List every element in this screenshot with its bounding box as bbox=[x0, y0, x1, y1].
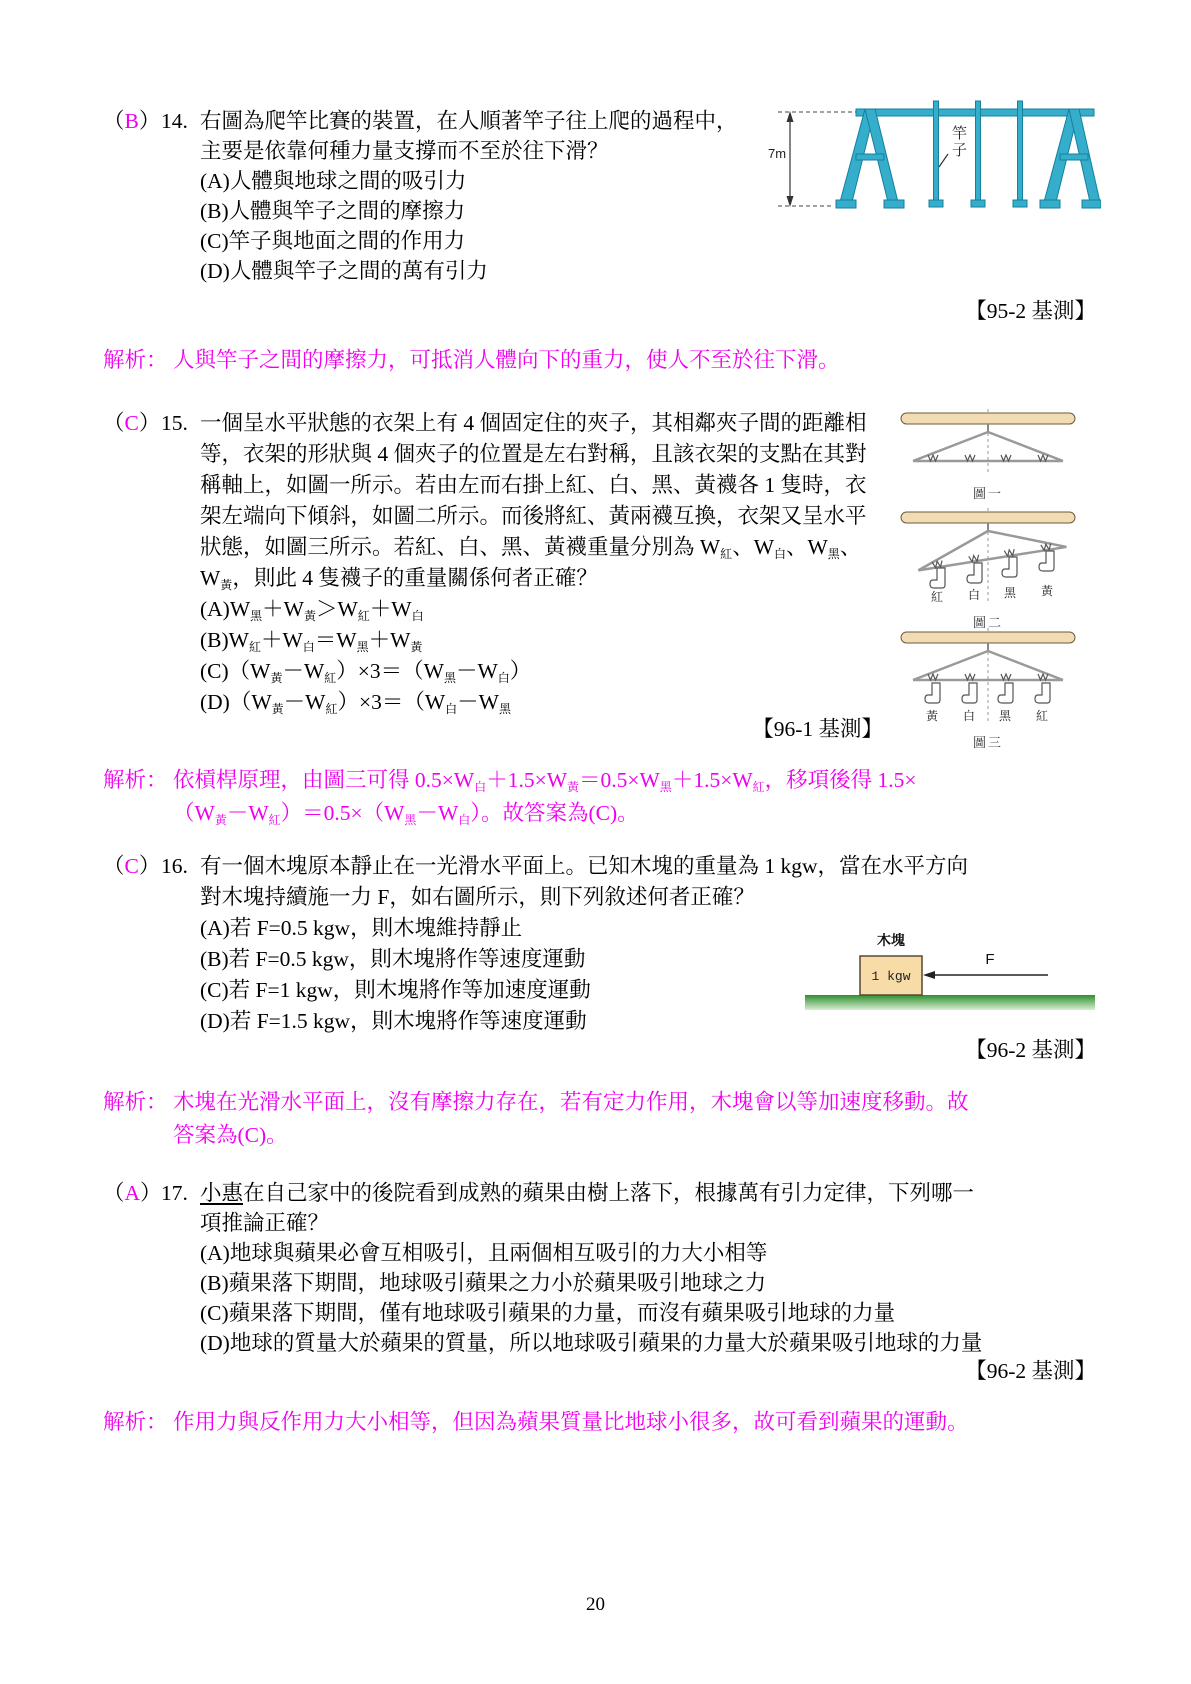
sock-label: 黑 bbox=[1004, 586, 1017, 600]
stem-line: 狀態，如圖三所示。若紅、白、黑、黃襪重量分別為 W紅、W白、W黑、 bbox=[200, 532, 903, 563]
analysis-label: 解析： bbox=[103, 764, 173, 830]
analysis-line: 木塊在光滑水平面上，沒有摩擦力存在，若有定力作用，木塊會以等加速度移動。故 bbox=[173, 1086, 969, 1119]
answer-paren-close: ） bbox=[139, 411, 161, 435]
option-d: (D)地球的質量大於蘋果的質量，所以地球吸引蘋果的力量大於蘋果吸引地球的力量 bbox=[200, 1328, 1053, 1358]
sock-label: 黃 bbox=[1041, 583, 1054, 598]
question-number: 14. bbox=[161, 106, 200, 136]
answer-badge: （A） bbox=[103, 1178, 161, 1208]
question-number: 17. bbox=[161, 1178, 200, 1208]
block-drawing: 木塊 1 kgw F bbox=[805, 933, 1100, 1018]
hanger-drawing-2: 紅 白 黑 黃 bbox=[893, 508, 1083, 604]
analysis-label: 解析： bbox=[103, 1086, 173, 1152]
sock-label: 白 bbox=[963, 709, 975, 723]
hanger-drawing-3: 黃 白 黑 紅 bbox=[893, 628, 1083, 724]
question-head: （C）15.一個呈水平狀態的衣架上有 4 個固定住的夾子，其相鄰夾子間的距離相 bbox=[103, 408, 903, 439]
answer-paren-open: （ bbox=[103, 411, 125, 435]
question-14: （B）14.右圖為爬竿比賽的裝置，在人順著竿子往上爬的過程中， 主要是依靠何種力… bbox=[103, 106, 803, 286]
frame-structure bbox=[836, 101, 1101, 208]
sock-icon bbox=[1002, 557, 1017, 577]
sock-label: 紅 bbox=[1036, 709, 1048, 723]
option-c: (C)蘋果落下期間，僅有地球吸引蘋果的力量，而沒有蘋果吸引地球的力量 bbox=[200, 1298, 1053, 1328]
block-weight: 1 kgw bbox=[871, 969, 910, 984]
pole bbox=[934, 101, 939, 202]
analysis-body: 作用力與反作用力大小相等，但因為蘋果質量比地球小很多，故可看到蘋果的運動。 bbox=[173, 1406, 969, 1439]
sock-icon bbox=[998, 683, 1013, 703]
stem-line: 小惠在自己家中的後院看到成熟的蘋果由樹上落下，根據萬有引力定律，下列哪一 bbox=[200, 1181, 974, 1205]
answer-badge: （C） bbox=[103, 408, 161, 439]
option-b: (B)蘋果落下期間，地球吸引蘋果之力小於蘋果吸引地球之力 bbox=[200, 1268, 1053, 1298]
page-number: 20 bbox=[0, 1594, 1191, 1616]
figure-block-on-surface: 木塊 1 kgw F bbox=[805, 933, 1100, 1018]
analysis-label: 解析： bbox=[103, 1406, 173, 1439]
stem-line: W黃，則此 4 隻襪子的重量關係何者正確？ bbox=[200, 563, 903, 594]
stem-line: 等，衣架的形狀與 4 個夾子的位置是左右對稱，且該衣架的支點在其對 bbox=[200, 439, 903, 470]
analysis-line: 作用力與反作用力大小相等，但因為蘋果質量比地球小很多，故可看到蘋果的運動。 bbox=[173, 1406, 969, 1439]
stem-line: 項推論正確？ bbox=[200, 1208, 1053, 1238]
sock-icon bbox=[962, 683, 977, 703]
analysis-line: （W黃－W紅）＝0.5×（W黑－W白）。故答案為(C)。 bbox=[173, 797, 917, 830]
block-label: 木塊 bbox=[877, 933, 905, 948]
sock-icon bbox=[967, 563, 982, 583]
analysis-line: 依槓桿原理，由圖三可得 0.5×W白＋1.5×W黃＝0.5×W黑＋1.5×W紅，… bbox=[173, 764, 917, 797]
analysis-16: 解析： 木塊在光滑水平面上，沒有摩擦力存在，若有定力作用，木塊會以等加速度移動。… bbox=[103, 1086, 1123, 1152]
sock-labels: 紅 白 黑 黃 bbox=[931, 583, 1054, 604]
rod bbox=[901, 632, 1075, 643]
source-tag-16: 【96-2 基測】 bbox=[103, 1037, 1096, 1063]
answer-paren-close: ） bbox=[139, 854, 161, 878]
stem-line: 架左端向下傾斜，如圖二所示。而後將紅、黃兩襪互換，衣架又呈水平 bbox=[200, 501, 903, 532]
sock-labels: 黃 白 黑 紅 bbox=[926, 708, 1048, 723]
question-17: （A）17.小惠在自己家中的後院看到成熟的蘋果由樹上落下，根據萬有引力定律，下列… bbox=[103, 1178, 1053, 1358]
analysis-body: 依槓桿原理，由圖三可得 0.5×W白＋1.5×W黃＝0.5×W黑＋1.5×W紅，… bbox=[173, 764, 917, 830]
answer-letter: C bbox=[125, 411, 139, 435]
option-b: (B)W紅＋W白＝W黑＋W黃 bbox=[200, 625, 903, 656]
sock-label: 白 bbox=[968, 588, 980, 602]
figure-hanger-3: 黃 白 黑 紅 圖三 bbox=[893, 628, 1083, 751]
dimension-label-7m: 7m bbox=[768, 146, 786, 161]
question-number: 16. bbox=[161, 851, 200, 882]
figure-hanger-2: 紅 白 黑 黃 圖二 bbox=[893, 508, 1083, 631]
stem-line: 一個呈水平狀態的衣架上有 4 個固定住的夾子，其相鄰夾子間的距離相 bbox=[200, 411, 867, 435]
sock-icon bbox=[930, 568, 945, 588]
answer-letter: C bbox=[125, 854, 139, 878]
sock-label: 黃 bbox=[926, 708, 939, 723]
exam-page: { "labels": { "answer_open": "（", "answe… bbox=[0, 0, 1191, 1684]
question-head: （A）17.小惠在自己家中的後院看到成熟的蘋果由樹上落下，根據萬有引力定律，下列… bbox=[103, 1178, 1053, 1208]
analysis-17: 解析： 作用力與反作用力大小相等，但因為蘋果質量比地球小很多，故可看到蘋果的運動… bbox=[103, 1406, 1123, 1439]
sock-icon bbox=[1039, 551, 1054, 571]
answer-paren-open: （ bbox=[103, 854, 125, 878]
question-15: （C）15.一個呈水平狀態的衣架上有 4 個固定住的夾子，其相鄰夾子間的距離相 … bbox=[103, 408, 903, 718]
stem-line: 主要是依靠何種力量支撐而不至於往下滑？ bbox=[200, 136, 803, 166]
ground bbox=[805, 995, 1095, 1010]
pole bbox=[1018, 101, 1023, 202]
answer-badge: （C） bbox=[103, 851, 161, 882]
sock-icon bbox=[1035, 683, 1050, 703]
option-d: (D)（W黃－W紅）×3＝（W白－W黑 bbox=[200, 687, 903, 718]
option-c: (C)竿子與地面之間的作用力 bbox=[200, 226, 803, 256]
option-b: (B)人體與竿子之間的摩擦力 bbox=[200, 196, 803, 226]
source-tag-17: 【96-2 基測】 bbox=[103, 1358, 1096, 1384]
option-a: (A)人體與地球之間的吸引力 bbox=[200, 166, 803, 196]
rod bbox=[901, 413, 1075, 424]
analysis-body: 人與竿子之間的摩擦力，可抵消人體向下的重力，使人不至於往下滑。 bbox=[173, 344, 840, 377]
source-tag-14: 【95-2 基測】 bbox=[103, 298, 1096, 324]
rod bbox=[901, 512, 1075, 523]
figure-caption: 圖一 bbox=[893, 483, 1083, 502]
sock-label: 紅 bbox=[931, 590, 943, 604]
question-number: 15. bbox=[161, 408, 200, 439]
stem-line: 右圖為爬竿比賽的裝置，在人順著竿子往上爬的過程中， bbox=[200, 109, 738, 133]
question-head: （B）14.右圖為爬竿比賽的裝置，在人順著竿子往上爬的過程中， bbox=[103, 106, 803, 136]
stem-line: 對木塊持續施一力 F，如右圖所示，則下列敘述何者正確？ bbox=[200, 882, 1043, 913]
answer-paren-open: （ bbox=[103, 1181, 125, 1205]
analysis-body: 木塊在光滑水平面上，沒有摩擦力存在，若有定力作用，木塊會以等加速度移動。故 答案… bbox=[173, 1086, 969, 1152]
stem-line: 稱軸上，如圖一所示。若由左而右掛上紅、白、黑、黃襪各 1 隻時，衣 bbox=[200, 470, 903, 501]
force-label: F bbox=[985, 951, 994, 968]
answer-paren-open: （ bbox=[103, 109, 125, 133]
answer-letter: B bbox=[125, 109, 139, 133]
source-tag-15: 【96-1 基測】 bbox=[103, 716, 883, 742]
option-d: (D)人體與竿子之間的萬有引力 bbox=[200, 256, 803, 286]
pole bbox=[976, 101, 981, 202]
analysis-14: 解析： 人與竿子之間的摩擦力，可抵消人體向下的重力，使人不至於往下滑。 bbox=[103, 344, 1123, 377]
answer-paren-close: ） bbox=[140, 1181, 162, 1205]
analysis-15: 解析： 依槓桿原理，由圖三可得 0.5×W白＋1.5×W黃＝0.5×W黑＋1.5… bbox=[103, 764, 1123, 830]
sock-icon bbox=[925, 683, 940, 703]
hanger-drawing-1 bbox=[893, 409, 1083, 475]
answer-badge: （B） bbox=[103, 106, 161, 136]
climbing-frame-drawing bbox=[766, 96, 1101, 218]
answer-letter: A bbox=[125, 1181, 141, 1205]
option-a: (A)地球與蘋果必會互相吸引，且兩個相互吸引的力大小相等 bbox=[200, 1238, 1053, 1268]
analysis-line: 人與竿子之間的摩擦力，可抵消人體向下的重力，使人不至於往下滑。 bbox=[173, 344, 840, 377]
analysis-label: 解析： bbox=[103, 344, 173, 377]
option-a: (A)W黑＋W黃＞W紅＋W白 bbox=[200, 594, 903, 625]
figure-caption: 圖三 bbox=[893, 732, 1083, 751]
question-head: （C）16.有一個木塊原本靜止在一光滑水平面上。已知木塊的重量為 1 kgw，當… bbox=[103, 851, 1043, 882]
figure-climbing-frame: 7m 竿子 bbox=[766, 96, 1101, 218]
answer-paren-close: ） bbox=[139, 109, 161, 133]
stem-line: 有一個木塊原本靜止在一光滑水平面上。已知木塊的重量為 1 kgw，當在水平方向 bbox=[200, 854, 968, 878]
socks bbox=[930, 551, 1054, 588]
sock-label: 黑 bbox=[999, 709, 1012, 723]
pole-label-leader bbox=[939, 154, 948, 167]
option-c: (C)（W黃－W紅）×3＝（W黑－W白） bbox=[200, 656, 903, 687]
analysis-line: 答案為(C)。 bbox=[173, 1119, 969, 1152]
pole-label: 竿子 bbox=[952, 126, 969, 159]
figure-hanger-1: 圖一 bbox=[893, 409, 1083, 502]
